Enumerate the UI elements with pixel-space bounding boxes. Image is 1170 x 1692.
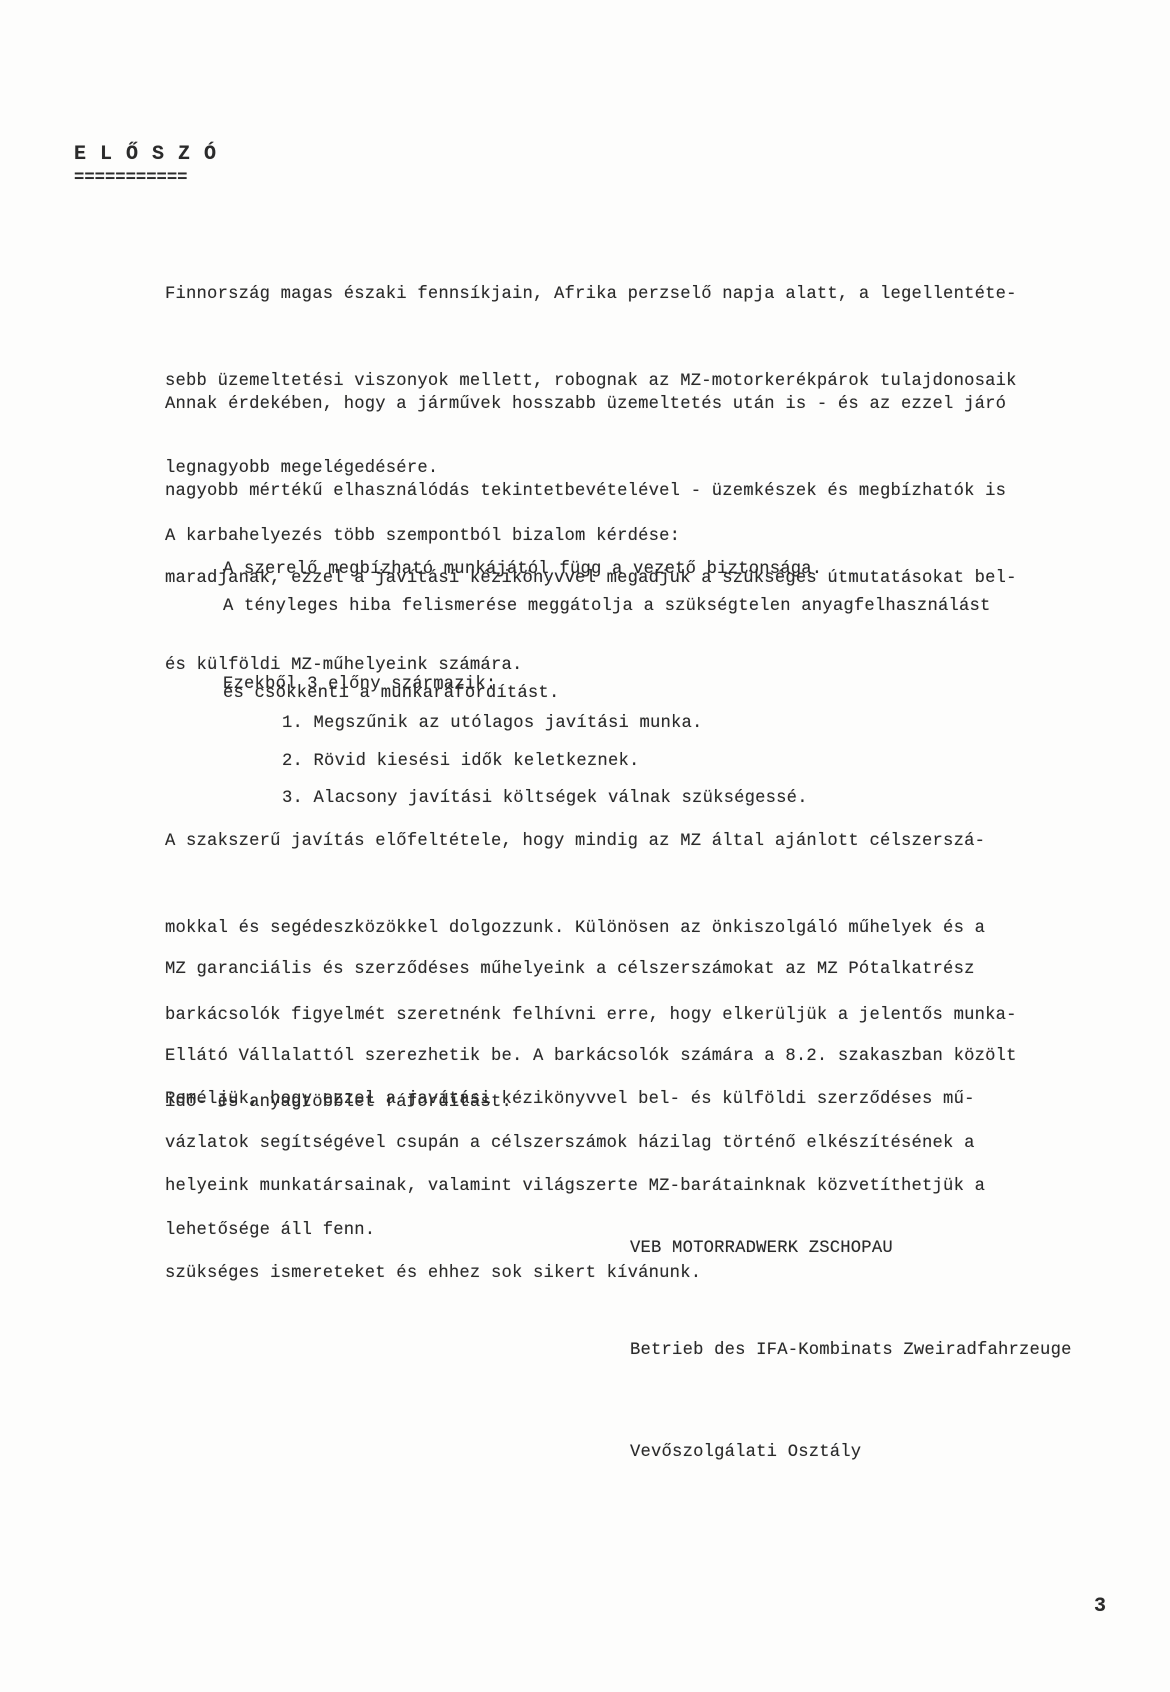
title-underline: =========== — [74, 169, 187, 189]
text-line: Finnország magas északi fennsíkjain, Afr… — [165, 280, 1017, 309]
text-line: A szakszerű javítás előfeltétele, hogy m… — [165, 827, 1017, 856]
text-line: MZ garanciális és szerződéses műhelyeink… — [165, 955, 1017, 984]
page-title: E L Ő S Z Ó — [74, 143, 217, 167]
page-number: 3 — [1094, 1592, 1106, 1621]
text-line: Annak érdekében, hogy a járművek hosszab… — [165, 390, 1017, 419]
signature-department: Vevőszolgálati Osztály — [630, 1436, 1072, 1470]
signature-block: VEB MOTORRADWERK ZSCHOPAU Betrieb des IF… — [630, 1164, 1072, 1538]
signature-company: VEB MOTORRADWERK ZSCHOPAU — [630, 1232, 1072, 1266]
scanned-document-page: E L Ő S Z Ó =========== Finnország magas… — [0, 0, 1170, 1692]
signature-division: Betrieb des IFA-Kombinats Zweiradfahrzeu… — [630, 1334, 1072, 1368]
text-line: Reméljük, hogy ezzel a javítási kéziköny… — [165, 1085, 985, 1114]
